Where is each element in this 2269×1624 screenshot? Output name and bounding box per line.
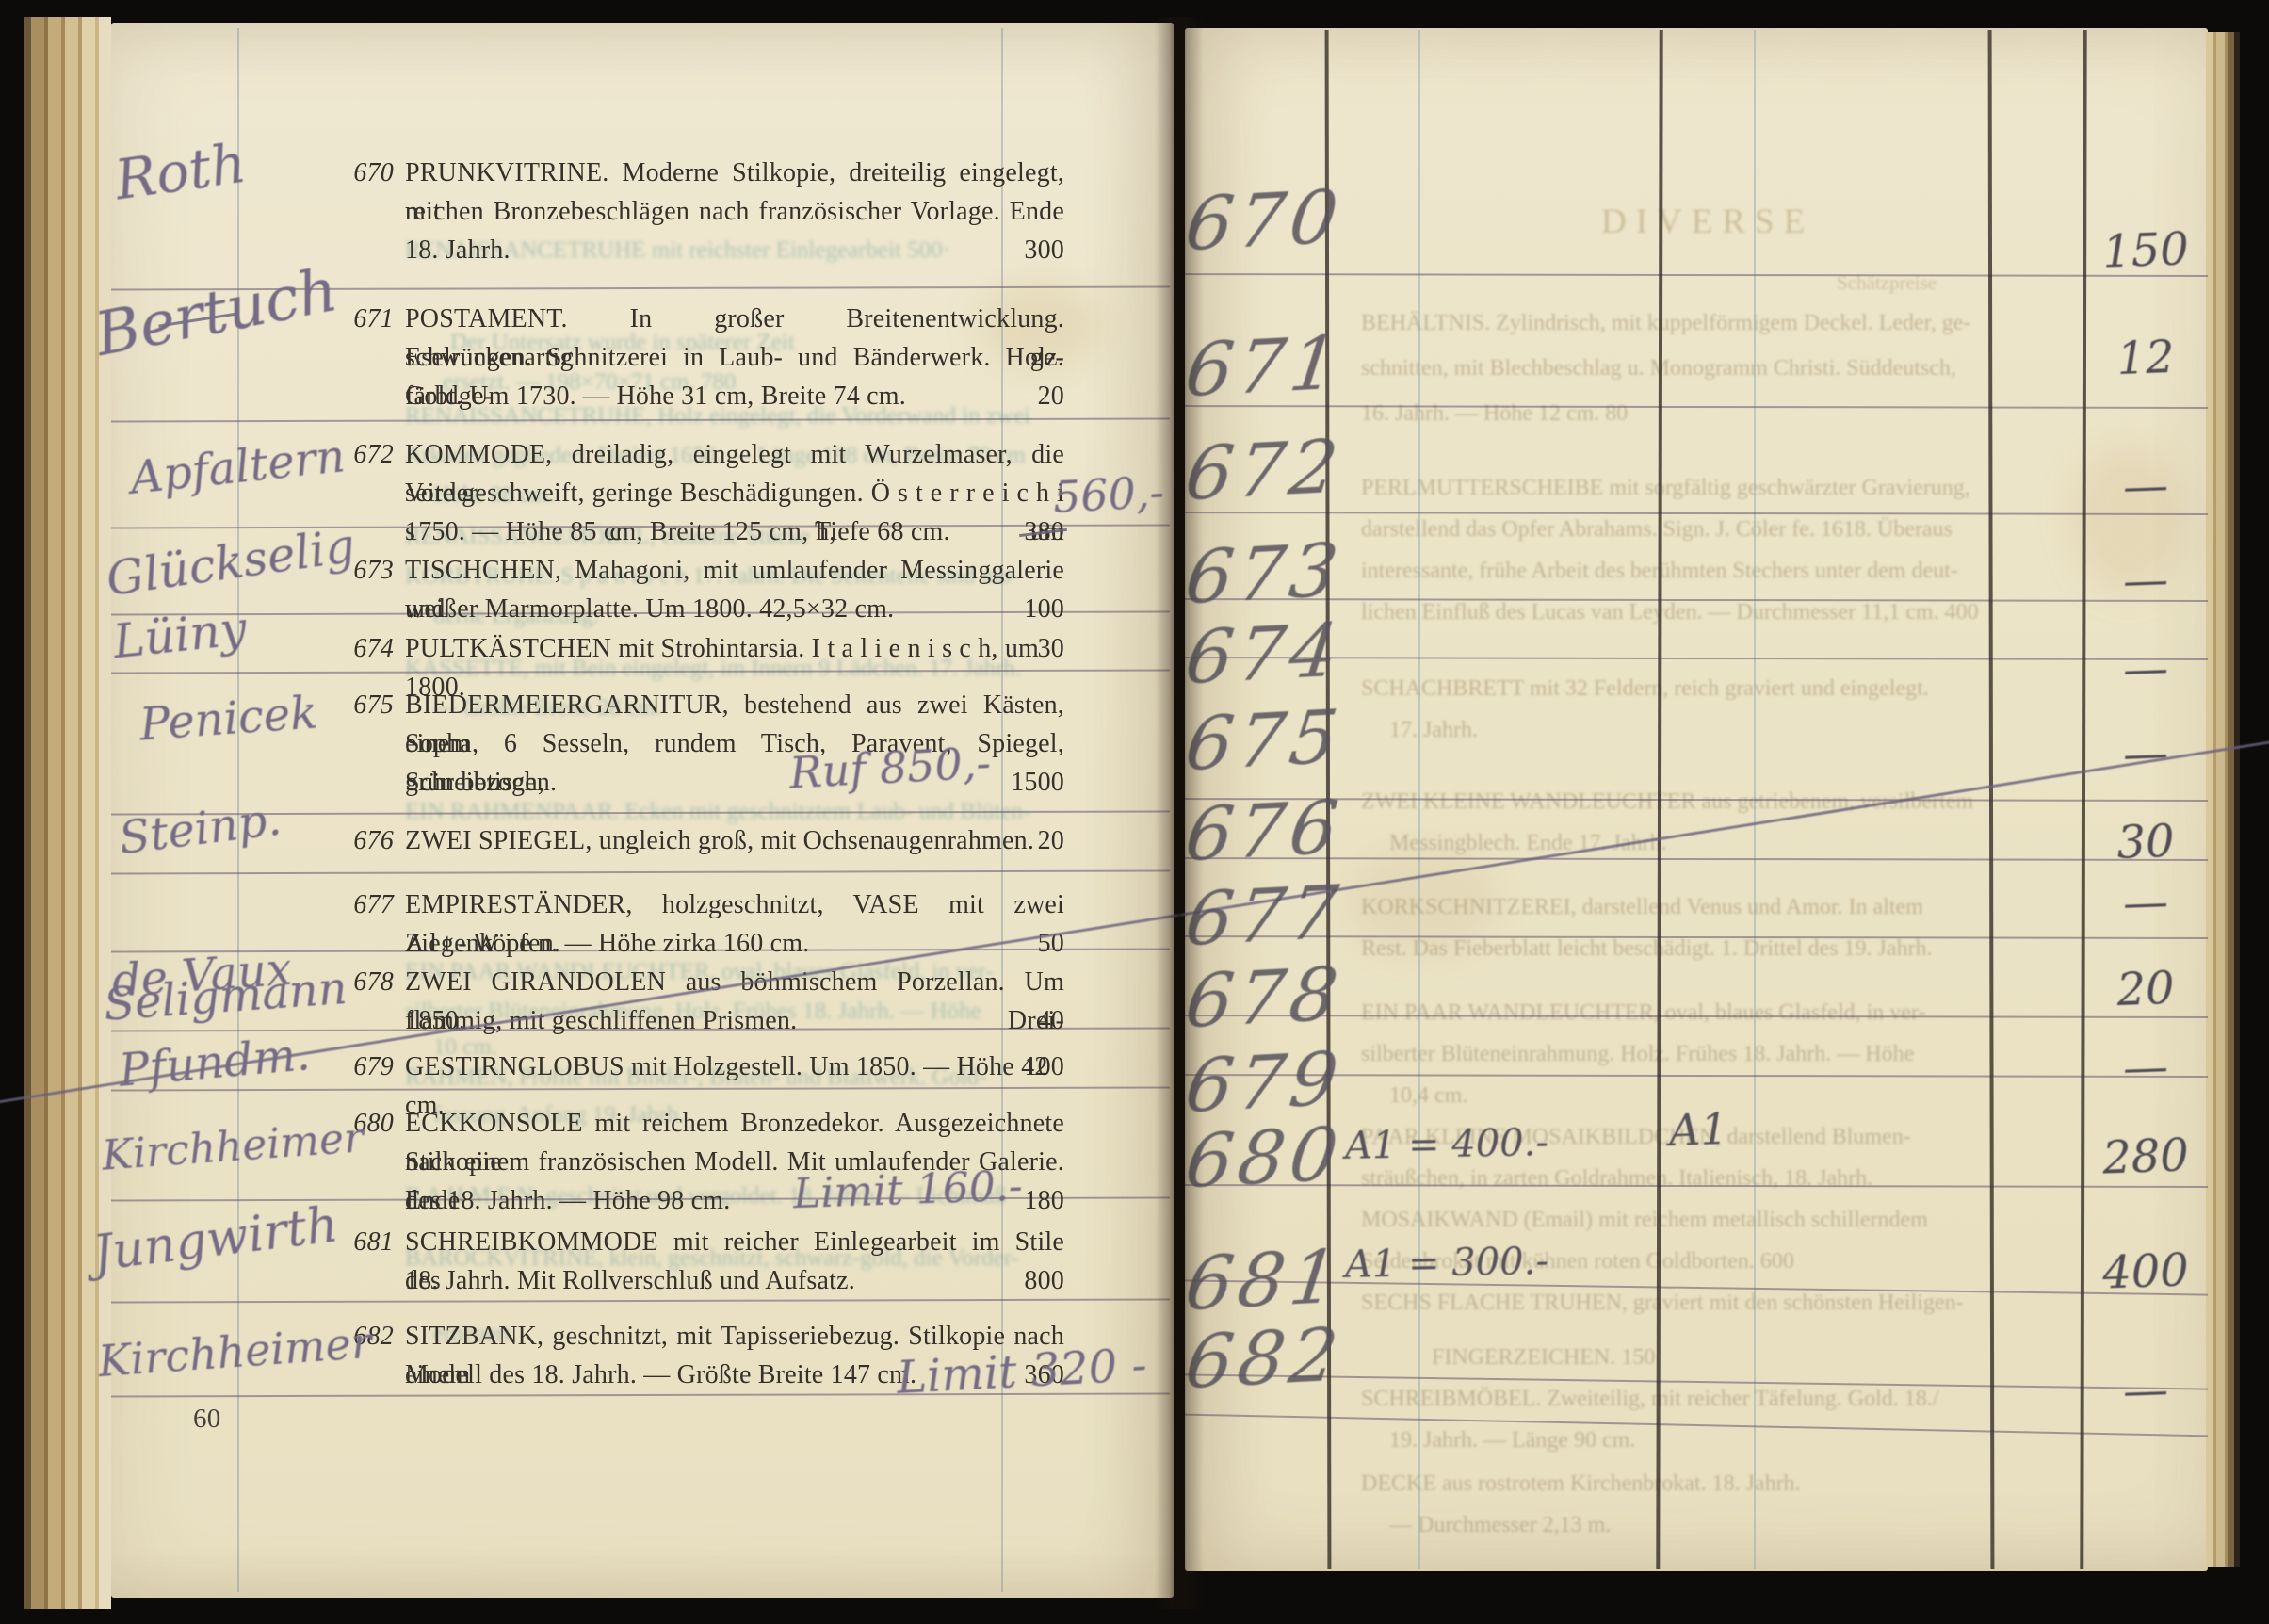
hand-value: 150 — [2088, 222, 2203, 279]
page-stack-edges-left — [0, 17, 111, 1609]
printed-lot-number: 677 — [332, 885, 394, 924]
hand-value: — — [2088, 725, 2203, 782]
ghost-line: SCHACHBRETT mit 32 Feldern, reich gravie… — [1361, 676, 1929, 702]
ghost-line: silberter Blüteneinrahmung. Holz. Frühes… — [1361, 1042, 1914, 1067]
ghost-line: darstellend das Opfer Abrahams. Sign. J.… — [1361, 517, 1953, 543]
page-number: 60 — [193, 1400, 220, 1438]
hand-value: — — [2088, 1039, 2203, 1096]
hand-lot-number: 676 — [1181, 786, 1347, 878]
hand-value: — — [2088, 874, 2203, 931]
hand-value: 30 — [2088, 814, 2203, 870]
hand-value: 400 — [2088, 1243, 2203, 1300]
lot-price: 800 — [405, 1261, 1064, 1300]
ghost-line: SECHS FLACHE TRUHEN, graviert mit den sc… — [1361, 1291, 1964, 1316]
hand-lot-number: 673 — [1181, 528, 1347, 621]
hand-value: — — [2088, 1362, 2203, 1419]
price-value: 20 — [1038, 382, 1064, 411]
ghost-line: DECKE aus rostrotem Kirchenbrokat. 18. J… — [1361, 1471, 1801, 1497]
hand-note: A1 = 300.- — [1345, 1240, 1549, 1287]
book-gutter — [1155, 17, 1204, 1609]
hand-lot-number: 675 — [1181, 695, 1347, 788]
hand-lot-number: 677 — [1181, 870, 1347, 963]
hand-lot-number: 672 — [1181, 425, 1347, 517]
ghost-line: 19. Jahrh. — Länge 90 cm. — [1389, 1428, 1635, 1453]
lot-price: 30 — [405, 629, 1064, 668]
printed-lot-number: 679 — [332, 1047, 394, 1086]
description-line: reichen Bronzebeschlägen nach französisc… — [405, 192, 1064, 231]
hand-note: 560,- — [1052, 466, 1166, 523]
hand-note: A1 = 400.- — [1345, 1121, 1549, 1168]
price-value: 30 — [1038, 634, 1064, 663]
price-value: 1500 — [1011, 768, 1064, 797]
ghost-section-title: DIVERSE — [1601, 202, 1814, 242]
price-value: 300 — [1024, 235, 1064, 265]
hand-value: 20 — [2088, 961, 2203, 1017]
hand-value: — — [2088, 641, 2203, 697]
lot-price: 380 — [405, 512, 1064, 551]
printed-lot-number: 670 — [332, 154, 394, 192]
hand-lot-number: 674 — [1181, 609, 1347, 701]
hand-lot-number: 671 — [1181, 321, 1347, 414]
ghost-line: MOSAIKWAND (Email) mit reichem metallisc… — [1361, 1208, 1928, 1233]
hand-lot-number: 670 — [1181, 175, 1347, 268]
price-value: 100 — [1024, 1052, 1064, 1081]
hand-value: 280 — [2088, 1129, 2203, 1185]
price-value: 800 — [1024, 1266, 1064, 1295]
hand-note: A1 — [1668, 1103, 1728, 1156]
hand-lot-number: 678 — [1181, 952, 1347, 1045]
printed-lot-number: 675 — [332, 686, 394, 724]
ghost-line: SCHREIBMÖBEL. Zweiteilig, mit reicher Tä… — [1361, 1387, 1938, 1412]
ghost-line: EIN PAAR WANDLEUCHTER, oval, blaues Glas… — [1361, 1000, 1925, 1026]
hand-value: — — [2088, 552, 2203, 609]
price-value: 40 — [1038, 1006, 1064, 1035]
printed-lot-number: 681 — [332, 1223, 394, 1261]
ghost-line: lichen Einfluß des Lucas van Leyden. — D… — [1361, 600, 1979, 625]
hand-value: 12 — [2088, 330, 2203, 386]
hand-note: Limit 160.- — [792, 1162, 1023, 1218]
lot-price: 100 — [405, 590, 1064, 628]
ghost-line: BEHÄLTNIS. Zylindrisch, mit kuppelförmig… — [1361, 311, 1970, 336]
price-value: 180 — [1024, 1186, 1064, 1215]
printed-lot-number: 676 — [332, 821, 394, 860]
ghost-line: 10,4 cm. — [1389, 1083, 1467, 1109]
ghost-line: — Durchmesser 2,13 m. — [1389, 1513, 1611, 1538]
hand-note: Ruf 850,- — [788, 737, 992, 798]
price-value: 100 — [1024, 594, 1064, 624]
ghost-line: FINGERZEICHEN. 150 — [1432, 1345, 1655, 1371]
hand-value: — — [2088, 458, 2203, 514]
hand-lot-number: 682 — [1181, 1313, 1347, 1405]
lot-price: 20 — [405, 377, 1064, 415]
page-stack-edges-right — [2206, 32, 2240, 1567]
lot-price: 100 — [405, 1047, 1064, 1086]
ghost-line: 17. Jahrh. — [1389, 718, 1478, 743]
hand-lot-number: 680 — [1181, 1112, 1347, 1205]
lot-price: 300 — [405, 231, 1064, 269]
book-spread: DIVERSE Schätzpreise 60 670PRUNKVITRINE.… — [0, 0, 2269, 1624]
lot-price: 20 — [405, 821, 1064, 860]
price-value: 20 — [1038, 826, 1064, 855]
printed-lot-number: 674 — [332, 629, 394, 668]
ghost-line: PERLMUTTERSCHEIBE mit sorgfältig geschwä… — [1361, 476, 1970, 501]
ghost-line: sträußchen, in zarten Goldrahmen. Italie… — [1361, 1166, 1872, 1192]
